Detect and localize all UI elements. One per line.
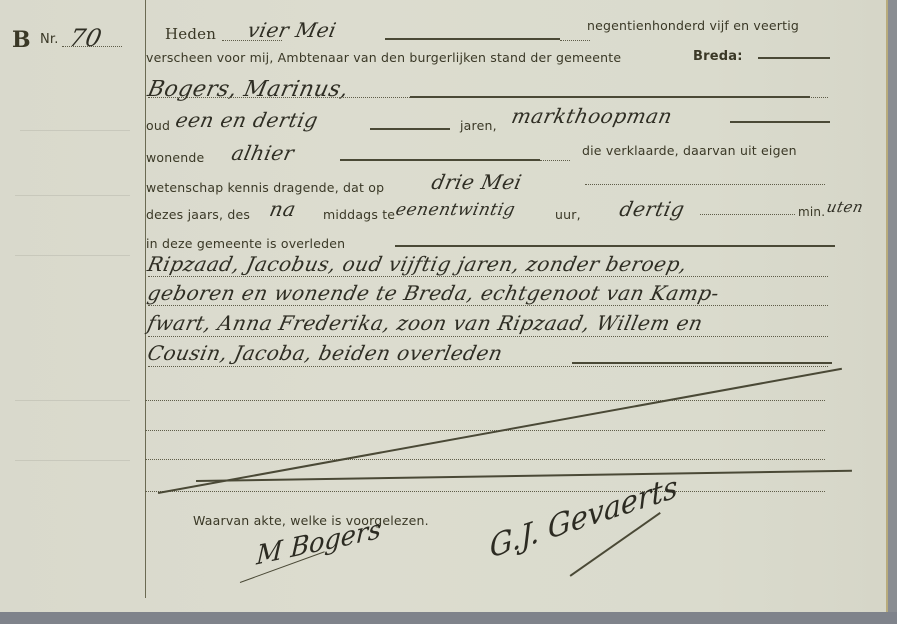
- scan-background: [0, 612, 897, 624]
- fill-line: [585, 184, 825, 185]
- appearance-text: verscheen voor mij, Ambtenaar van den bu…: [146, 50, 621, 65]
- fill-line: [145, 400, 825, 401]
- closing-text: Waarvan akte, welke is voorgelezen.: [193, 513, 429, 528]
- municipality: Breda:: [693, 49, 743, 64]
- min-label: min.: [798, 205, 825, 219]
- hand-date: vier Mei: [245, 18, 338, 42]
- hand-minuten-suffix: uten: [825, 198, 865, 216]
- fill-line: [145, 491, 825, 492]
- ghost-line: [15, 460, 130, 461]
- register-nr-label: Nr.: [40, 32, 59, 47]
- ghost-line: [15, 400, 130, 401]
- fill-line: [410, 96, 810, 98]
- ghost-line: [20, 130, 130, 131]
- fill-line: [145, 430, 825, 431]
- hand-death-date: drie Mei: [429, 170, 524, 194]
- hand-deceased-line-3: fwart, Anna Frederika, zoon van Ripzaad,…: [145, 311, 705, 335]
- hand-residence: alhier: [229, 141, 296, 165]
- hand-hour: eenentwintig: [394, 200, 517, 220]
- oud-label: oud: [146, 118, 170, 133]
- fill-line: [572, 362, 832, 364]
- hand-deceased-line-4: Cousin, Jacoba, beiden overleden: [145, 341, 505, 365]
- hand-deceased-line-1: Ripzaad, Jacobus, oud vijftig jaren, zon…: [145, 252, 689, 276]
- fill-line: [148, 276, 828, 277]
- middags-label: middags te: [323, 207, 395, 222]
- fill-line: [385, 38, 560, 40]
- hand-na: na: [267, 197, 298, 221]
- ghost-line: [15, 195, 130, 196]
- hand-deceased-line-2: geboren en wonende te Breda, echtgenoot …: [145, 281, 721, 305]
- hand-declarant-occupation: markthoopman: [509, 104, 674, 128]
- fill-line: [395, 245, 835, 247]
- declared-text: die verklaarde, daarvan uit eigen: [582, 143, 797, 158]
- knowledge-text: wetenschap kennis dragende, dat op: [146, 180, 384, 195]
- fill-line: [145, 459, 825, 460]
- fill-line: [560, 40, 590, 41]
- hand-minutes: dertig: [617, 197, 687, 221]
- heden-label: Heden: [165, 25, 216, 43]
- fill-line: [700, 214, 795, 215]
- fill-line: [370, 128, 450, 130]
- document-page: B Nr. 70 Heden vier Mei negentienhonderd…: [0, 0, 888, 614]
- ghost-line: [15, 255, 130, 256]
- hand-declarant-age: een en dertig: [173, 108, 320, 132]
- hand-declarant-name: Bogers, Marinus,: [145, 77, 350, 102]
- time-prefix: dezes jaars, des: [146, 207, 250, 222]
- register-nr-value: 70: [67, 24, 104, 52]
- uur-label: uur,: [555, 207, 581, 222]
- fill-line: [148, 366, 828, 367]
- fill-line: [758, 57, 830, 59]
- deceased-intro: in deze gemeente is overleden: [146, 236, 345, 251]
- jaren-label: jaren,: [460, 118, 497, 133]
- fill-line: [148, 305, 828, 306]
- wonende-label: wonende: [146, 150, 204, 165]
- fill-line: [340, 159, 540, 161]
- closing-line: [196, 470, 852, 482]
- fill-line: [148, 336, 828, 337]
- register-letter: B: [12, 27, 31, 53]
- year-text: negentienhonderd vijf en veertig: [587, 18, 799, 33]
- fill-line: [540, 160, 570, 161]
- fill-line: [730, 121, 830, 123]
